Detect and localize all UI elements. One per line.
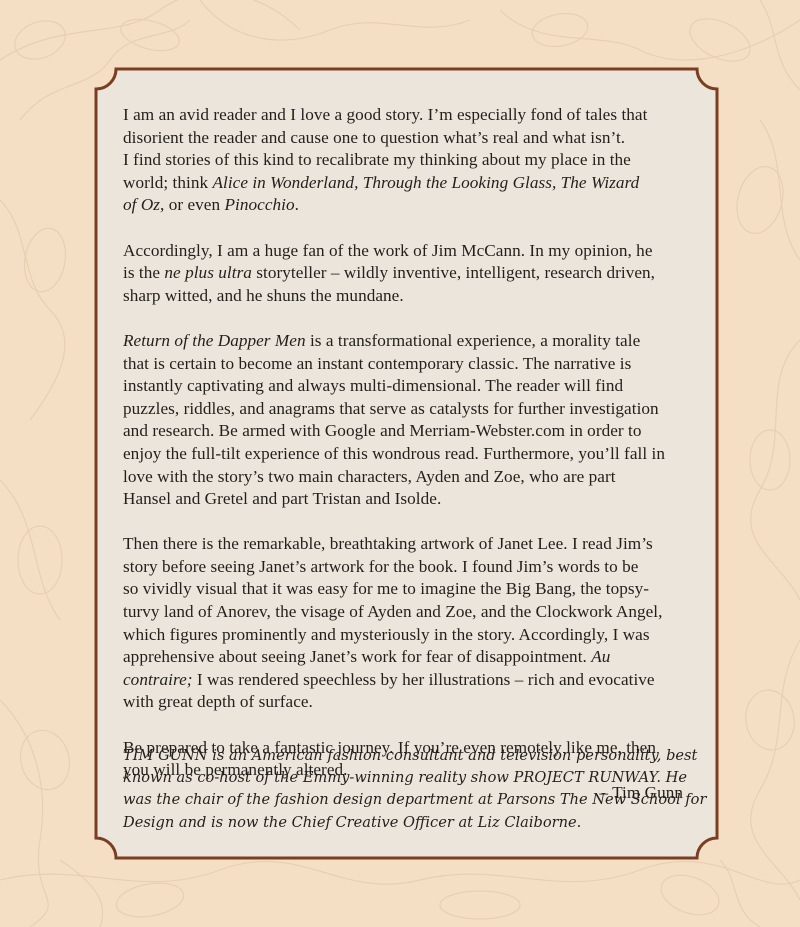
text-line: that is certain to become an instant con… — [123, 353, 693, 376]
text-run: love with the story’s two main character… — [123, 467, 616, 486]
text-run: Then there is the remarkable, breathtaki… — [123, 534, 653, 553]
text-line: with great depth of surface. — [123, 691, 693, 714]
text-line: contraire; I was rendered speechless by … — [123, 669, 693, 692]
bio-line: TIM GUNN is an American fashion consulta… — [123, 745, 703, 767]
text-run: apprehensive about seeing Janet’s work f… — [123, 647, 591, 666]
text-line: I am an avid reader and I love a good st… — [123, 104, 693, 127]
text-line: love with the story’s two main character… — [123, 466, 693, 489]
text-line: disorient the reader and cause one to qu… — [123, 127, 693, 150]
text-run: enjoy the full-tilt experience of this w… — [123, 444, 665, 463]
text-run: world; think — [123, 173, 212, 192]
text-run: with great depth of surface. — [123, 692, 313, 711]
italic-title: ne plus ultra — [164, 263, 252, 282]
bio-line: Design and is now the Chief Creative Off… — [123, 812, 703, 834]
text-line: Then there is the remarkable, breathtaki… — [123, 533, 693, 556]
text-line: enjoy the full-tilt experience of this w… — [123, 443, 693, 466]
bio-line: was the chair of the fashion design depa… — [123, 789, 703, 811]
text-run: Hansel and Gretel and part Tristan and I… — [123, 489, 441, 508]
text-line: of Oz, or even Pinocchio. — [123, 194, 693, 217]
text-run: I am an avid reader and I love a good st… — [123, 105, 647, 124]
text-line: puzzles, riddles, and anagrams that serv… — [123, 398, 693, 421]
text-run: storyteller – wildly inventive, intellig… — [252, 263, 655, 282]
text-line: I find stories of this kind to recalibra… — [123, 149, 693, 172]
italic-title: Au — [591, 647, 610, 666]
text-run: that is certain to become an instant con… — [123, 354, 631, 373]
text-line: instantly captivating and always multi-d… — [123, 375, 693, 398]
text-line: sharp witted, and he shuns the mundane. — [123, 285, 693, 308]
italic-title: contraire; — [123, 670, 193, 689]
text-run: story before seeing Janet’s artwork for … — [123, 557, 638, 576]
text-run: sharp witted, and he shuns the mundane. — [123, 286, 404, 305]
foreword-paragraph: Return of the Dapper Men is a transforma… — [123, 330, 693, 511]
text-run: is a transformational experience, a mora… — [306, 331, 641, 350]
text-line: so vividly visual that it was easy for m… — [123, 578, 693, 601]
text-line: turvy land of Anorev, the visage of Ayde… — [123, 601, 693, 624]
text-line: Hansel and Gretel and part Tristan and I… — [123, 488, 693, 511]
text-line: apprehensive about seeing Janet’s work f… — [123, 646, 693, 669]
text-run: so vividly visual that it was easy for m… — [123, 579, 649, 598]
text-run: is the — [123, 263, 164, 282]
text-line: and research. Be armed with Google and M… — [123, 420, 693, 443]
foreword-paragraph: Accordingly, I am a huge fan of the work… — [123, 240, 693, 308]
text-line: Return of the Dapper Men is a transforma… — [123, 330, 693, 353]
text-run: . — [295, 195, 299, 214]
italic-title: Pinocchio — [224, 195, 294, 214]
text-run: , or even — [160, 195, 224, 214]
text-line: Accordingly, I am a huge fan of the work… — [123, 240, 693, 263]
italic-title: Return of the Dapper Men — [123, 331, 306, 350]
text-run: disorient the reader and cause one to qu… — [123, 128, 625, 147]
foreword-text: I am an avid reader and I love a good st… — [123, 104, 693, 827]
text-run: puzzles, riddles, and anagrams that serv… — [123, 399, 659, 418]
foreword-paragraph: I am an avid reader and I love a good st… — [123, 104, 693, 217]
bio-line: known as co-host of the Emmy-winning rea… — [123, 767, 703, 789]
text-run: turvy land of Anorev, the visage of Ayde… — [123, 602, 662, 621]
text-line: world; think Alice in Wonderland, Throug… — [123, 172, 693, 195]
author-bio: TIM GUNN is an American fashion consulta… — [123, 745, 703, 834]
text-run: instantly captivating and always multi-d… — [123, 376, 623, 395]
text-run: I was rendered speechless by her illustr… — [193, 670, 655, 689]
text-run: which figures prominently and mysterious… — [123, 625, 650, 644]
italic-title: of Oz — [123, 195, 160, 214]
foreword-paragraph: Then there is the remarkable, breathtaki… — [123, 533, 693, 714]
text-line: story before seeing Janet’s artwork for … — [123, 556, 693, 579]
text-line: is the ne plus ultra storyteller – wildl… — [123, 262, 693, 285]
text-run: I find stories of this kind to recalibra… — [123, 150, 631, 169]
text-line: which figures prominently and mysterious… — [123, 624, 693, 647]
italic-title: Alice in Wonderland, Through the Looking… — [212, 173, 639, 192]
text-run: and research. Be armed with Google and M… — [123, 421, 642, 440]
text-run: Accordingly, I am a huge fan of the work… — [123, 241, 653, 260]
